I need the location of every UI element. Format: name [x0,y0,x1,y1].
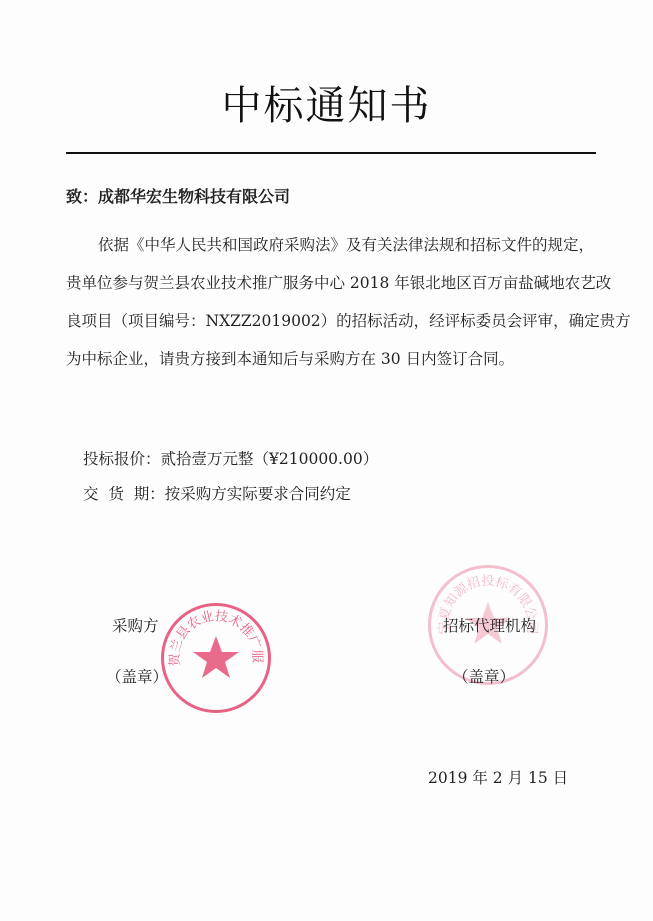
purchaser-stamp-note: （盖章） [106,665,168,687]
bid-price-value: 贰拾壹万元整（¥210000.00） [161,450,379,468]
body-line: 贵单位参与贺兰县农业技术推广服务中心 2018 年银北地区百万亩盐碱地农艺改 [66,264,606,302]
delivery-period-value: 按采购方实际要求合同约定 [165,485,351,503]
document-title: 中标通知书 [0,74,653,131]
purchaser-label: 采购方 [112,614,159,636]
document-page: 中标通知书 致：成都华宏生物科技有限公司 依据《中华人民共和国政府采购法》及有关… [0,0,653,921]
body-line: 良项目（项目编号：NXZZ2019002）的招标活动，经评标委员会评审，确定贵方 [66,302,606,340]
agency-stamp-note: （盖章） [453,665,515,687]
delivery-period-field: 交 货 期：按采购方实际要求合同约定 [83,482,351,504]
issue-date: 2019 年 2 月 15 日 [428,766,568,788]
agency-label: 招标代理机构 [443,614,536,636]
body-paragraph: 依据《中华人民共和国政府采购法》及有关法律法规和招标文件的规定， 贵单位参与贺兰… [66,226,606,378]
bid-price-label: 投标报价： [83,447,161,469]
body-line: 为中标企业，请贵方接到本通知后与采购方在 30 日内签订合同。 [66,340,606,378]
title-divider [66,152,596,154]
star-icon: 贺兰县农业技术推广服务中心 [164,606,268,710]
delivery-period-label: 交 货 期： [83,482,165,504]
bid-price-field: 投标报价：贰拾壹万元整（¥210000.00） [83,447,378,469]
purchaser-seal: 贺兰县农业技术推广服务中心 [161,603,271,713]
body-line: 依据《中华人民共和国政府采购法》及有关法律法规和招标文件的规定， [66,226,606,264]
recipient-line: 致：成都华宏生物科技有限公司 [66,184,290,207]
